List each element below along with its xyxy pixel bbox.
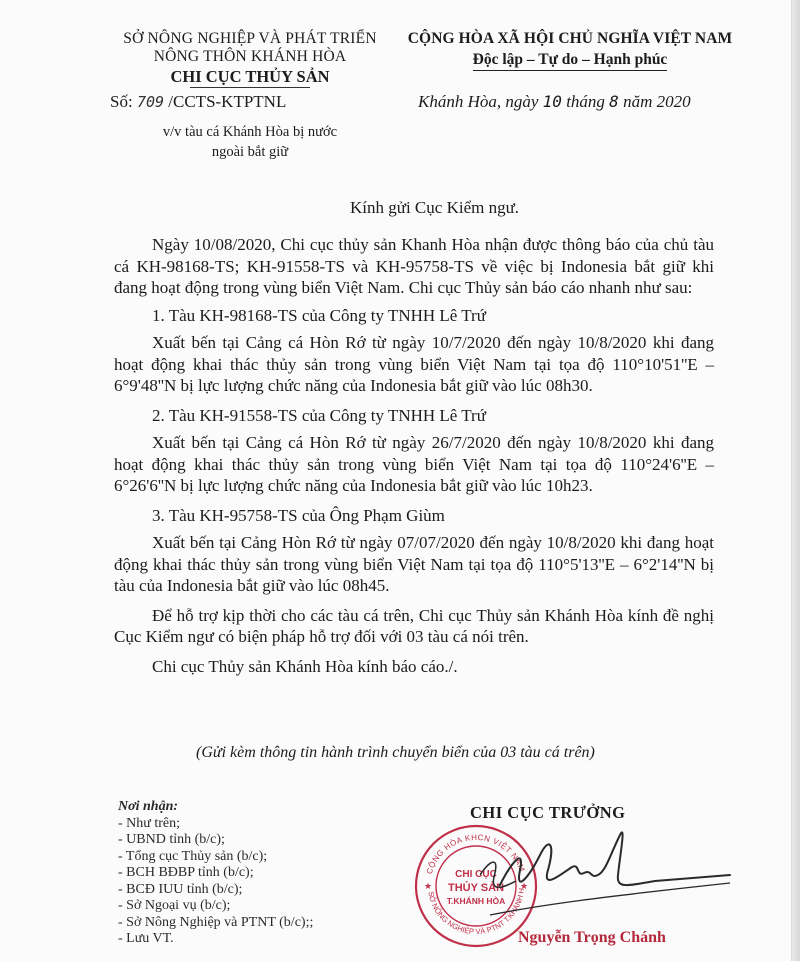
recipient-item: - Sở Nông Nghiệp và PTNT (b/c);; <box>118 915 313 932</box>
nation-title: CỘNG HÒA XÃ HỘI CHỦ NGHĨA VIỆT NAM <box>405 30 735 48</box>
request-paragraph: Để hỗ trợ kịp thời cho các tàu cá trên, … <box>114 605 714 648</box>
attachment-note: (Gửi kèm thông tin hành trình chuyển biể… <box>196 744 595 762</box>
salutation: Kính gửi Cục Kiểm ngư. <box>350 198 519 218</box>
recipients-title: Nơi nhận: <box>118 799 313 816</box>
recipient-item: - Tổng cục Thủy sản (b/c); <box>118 849 313 866</box>
department-name: CHI CỤC THỦY SẢN <box>100 68 400 86</box>
recipient-item: - BCH BĐBP tỉnh (b/c); <box>118 865 313 882</box>
document-subject: v/v tàu cá Khánh Hòa bị nước ngoài bắt g… <box>130 122 370 162</box>
national-header: CỘNG HÒA XÃ HỘI CHỦ NGHĨA VIỆT NAM Độc l… <box>405 30 735 71</box>
vessel-1-detail: Xuất bến tại Cảng cá Hòn Rớ từ ngày 10/7… <box>114 332 714 397</box>
handwritten-signature-icon <box>480 815 740 935</box>
svg-text:★: ★ <box>424 881 432 891</box>
page-edge <box>791 0 800 961</box>
recipient-item: - BCĐ IUU tỉnh (b/c); <box>118 882 313 899</box>
issuing-agency-header: SỞ NÔNG NGHIỆP VÀ PHÁT TRIỂN NÔNG THÔN K… <box>100 30 400 88</box>
agency-line-2: NÔNG THÔN KHÁNH HÒA <box>100 48 400 66</box>
recipient-item: - Sở Ngoại vụ (b/c); <box>118 898 313 915</box>
vessel-2-detail: Xuất bến tại Cảng cá Hòn Rớ từ ngày 26/7… <box>114 432 714 497</box>
header-underline <box>190 87 310 88</box>
intro-paragraph: Ngày 10/08/2020, Chi cục thủy sản Khanh … <box>114 234 714 299</box>
handwritten-number: 709 <box>137 93 164 111</box>
vessel-3-heading: 3. Tàu KH-95758-TS của Ông Phạm Giùm <box>114 505 714 527</box>
vessel-2-heading: 2. Tàu KH-91558-TS của Công ty TNHH Lê T… <box>114 405 714 427</box>
document-number: Số: 709 /CCTS-KTPTNL <box>110 92 286 112</box>
national-motto: Độc lập – Tự do – Hạnh phúc <box>473 51 668 71</box>
document-date: Khánh Hòa, ngày 10 tháng 8 năm 2020 <box>418 92 691 112</box>
agency-line-1: SỞ NÔNG NGHIỆP VÀ PHÁT TRIỂN <box>100 30 400 48</box>
vessel-1-heading: 1. Tàu KH-98168-TS của Công ty TNHH Lê T… <box>114 305 714 327</box>
closing-line: Chi cục Thủy sản Khánh Hòa kính báo cáo.… <box>114 656 714 678</box>
recipient-item: - Lưu VT. <box>118 931 313 948</box>
signer-name: Nguyễn Trọng Chánh <box>518 929 666 947</box>
recipient-item: - Như trên; <box>118 816 313 833</box>
letter-body: Ngày 10/08/2020, Chi cục thủy sản Khanh … <box>114 234 714 677</box>
recipients-list: Nơi nhận: - Như trên; - UBND tỉnh (b/c);… <box>118 799 313 948</box>
recipient-item: - UBND tỉnh (b/c); <box>118 832 313 849</box>
vessel-3-detail: Xuất bến tại Cảng Hòn Rớ từ ngày 07/07/2… <box>114 532 714 597</box>
